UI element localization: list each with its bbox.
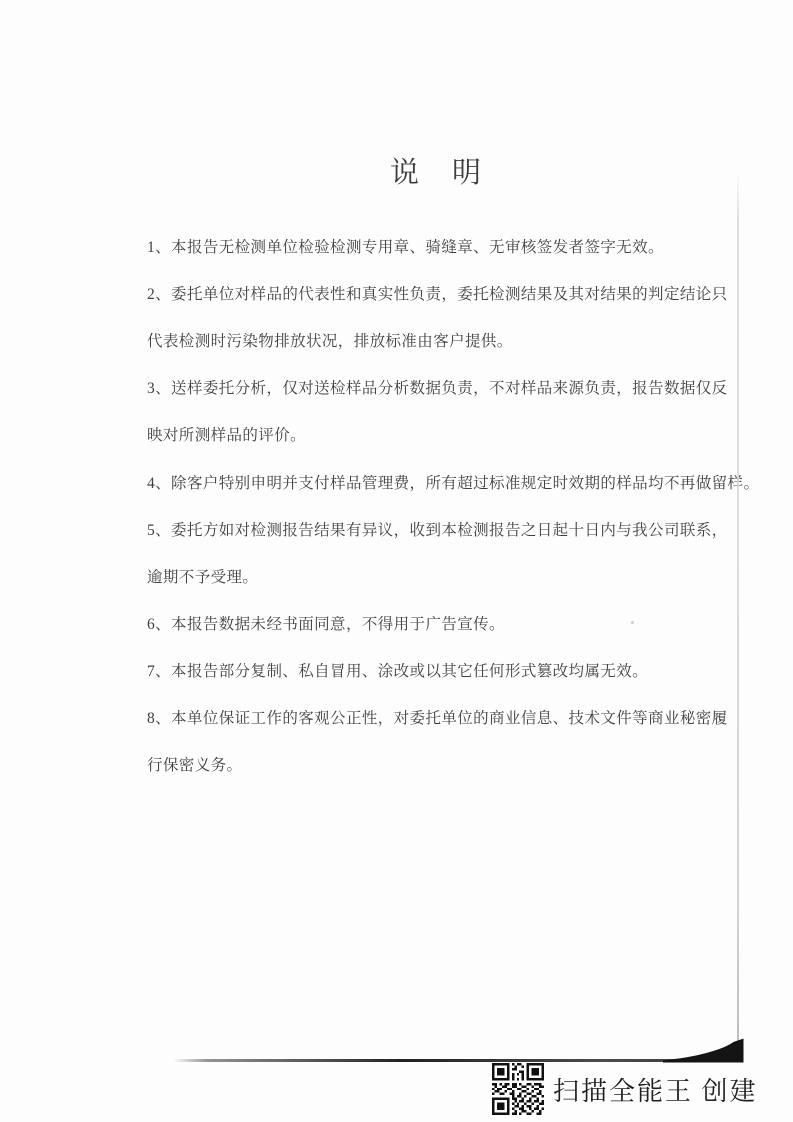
camscanner-watermark: 扫描全能王 创建 <box>492 1063 758 1115</box>
note-line: 3、送样委托分析，仅对送检样品分析数据负责，不对样品来源负责，报告数据仅反 <box>147 380 728 397</box>
note-line: 映对所测样品的评价。 <box>147 427 306 444</box>
scan-speck <box>631 621 634 624</box>
note-line: 2、委托单位对样品的代表性和真实性负责，委托检测结果及其对结果的判定结论只 <box>147 286 728 303</box>
note-line: 代表检测时污染物排放状况，排放标准由客户提供。 <box>147 333 513 350</box>
note-line: 6、本报告数据未经书面同意，不得用于广告宣传。 <box>147 616 505 633</box>
note-line: 行保密义务。 <box>147 757 242 774</box>
note-line: 4、除客户特别申明并支付样品管理费，所有超过标准规定时效期的样品均不再做留样。 <box>147 475 759 492</box>
note-line: 8、本单位保证工作的客观公正性，对委托单位的商业信息、技术文件等商业秘密履 <box>147 710 728 727</box>
page-fold-line <box>737 170 739 1042</box>
note-line: 5、委托方如对检测报告结果有异议，收到本检测报告之日起十日内与我公司联系， <box>147 522 728 539</box>
qr-code-icon <box>492 1063 544 1115</box>
scan-page-edge-line <box>173 1059 743 1062</box>
page-title: 说 明 <box>390 157 483 190</box>
note-line: 7、本报告部分复制、私自冒用、涂改或以其它任何形式篡改均属无效。 <box>147 663 648 680</box>
note-line: 逾期不予受理。 <box>147 569 258 586</box>
watermark-label: 扫描全能王 创建 <box>553 1071 758 1108</box>
scanned-document-page: 说 明 1、本报告无检测单位检验检测专用章、骑缝章、无审核签发者签字无效。2、委… <box>0 0 793 1122</box>
note-line: 1、本报告无检测单位检验检测专用章、骑缝章、无审核签发者签字无效。 <box>147 239 664 256</box>
